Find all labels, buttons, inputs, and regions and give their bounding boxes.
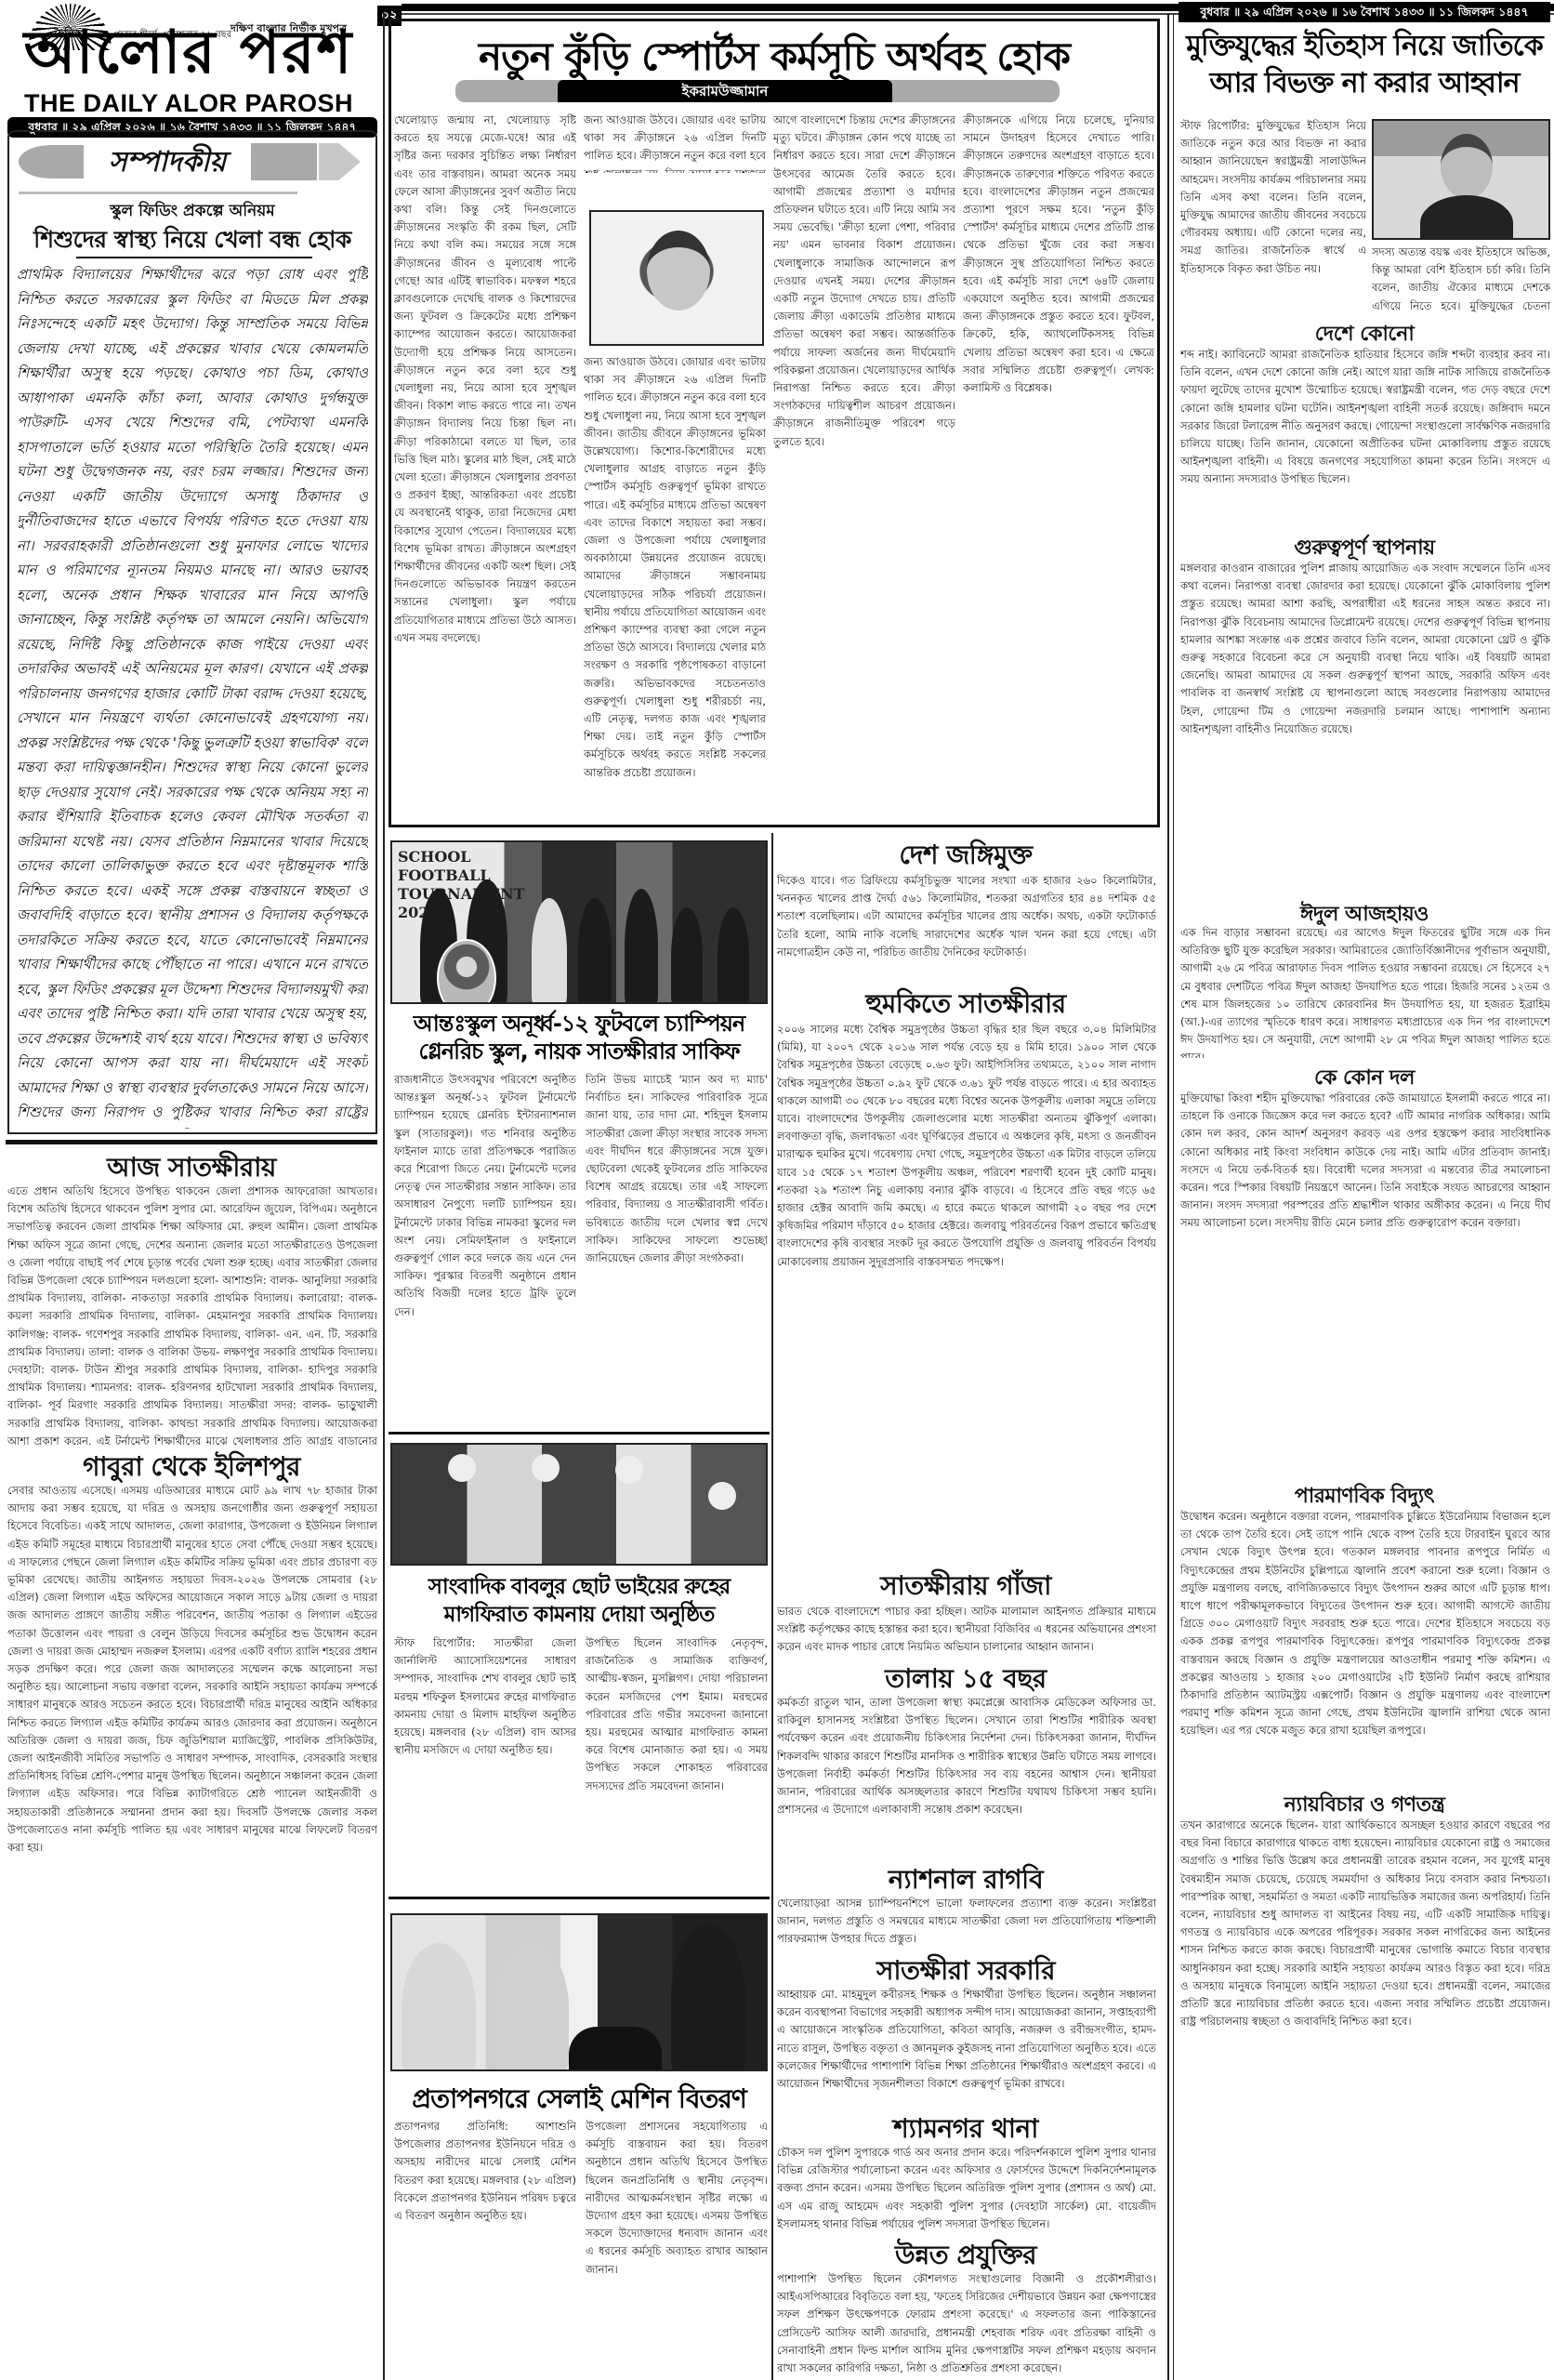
feature-col-2-top: জন্য আওয়াজ উঠবে। জোয়ার এবং ভাটায় থাকা… bbox=[584, 112, 766, 173]
column-rule bbox=[771, 833, 773, 2380]
section-divider bbox=[6, 1140, 377, 1144]
author-face bbox=[647, 231, 710, 311]
column-rule bbox=[1167, 13, 1169, 2380]
headline-underline bbox=[76, 257, 312, 258]
section-body: ভারত থেকে বাংলাদেশে পাচার করা হচ্ছিল। আট… bbox=[777, 1603, 1156, 1657]
minister-suit bbox=[1420, 195, 1513, 240]
person-figure bbox=[625, 889, 658, 1004]
doa-col-1: স্টাফ রিপোর্টার: সাতক্ষীরা জেলা জার্নালি… bbox=[394, 1634, 576, 1889]
section-body: পাশাপাশি উপস্থিত ছিলেন কৌশলগত সংস্থাগুলো… bbox=[777, 2270, 1156, 2378]
section-body: মঙ্গলবার কাওরান বাজারের পুলিশ প্লাজায় আ… bbox=[1180, 560, 1550, 896]
sewing-machine bbox=[569, 2027, 662, 2071]
feature-col-4: ক্রীড়াঙ্গনকে এগিয়ে নিয়ে চলেছে, দুনিয়… bbox=[963, 112, 1154, 822]
byline: ইকরামউজ্জামান bbox=[558, 80, 892, 102]
masthead-title-bn: আলোর পরশ bbox=[7, 20, 370, 86]
doa-col-2: উপস্থিত ছিলেন সাংবাদিক নেতৃবৃন্দ, রাজনৈত… bbox=[586, 1634, 768, 1889]
minister-face bbox=[1441, 134, 1493, 199]
editorial-headline: শিশুদের স্বাস্থ্য নিয়ে খেলা বন্ধ হোক bbox=[9, 221, 375, 261]
sewing-col-2: উপজেলা প্রশাসনের সহযোগিতায় এ কর্মসূচি ব… bbox=[586, 2118, 768, 2376]
column-rule bbox=[383, 13, 385, 2380]
section-body: শব্দ নাই। ক্যাবিনেটে আমরা রাজনৈতিক হাতিয… bbox=[1180, 346, 1550, 528]
lead-headline: মুক্তিযুদ্ধের ইতিহাস নিয়ে জাতিকে আর বিভ… bbox=[1177, 28, 1552, 102]
person-figure bbox=[671, 907, 703, 1004]
doa-photo bbox=[390, 1443, 768, 1566]
byline-bar: ইকরামউজ্জামান bbox=[455, 80, 1060, 102]
cap-figure bbox=[708, 1482, 736, 1510]
section-body: দিকেও যাবে। গত ব্রিফিংয়ে কর্মসূচিভুক্ত … bbox=[777, 872, 1156, 982]
person-figure bbox=[494, 1943, 569, 2071]
cap-figure bbox=[448, 1454, 476, 1482]
date-bar-right: বুধবার ॥ ২৯ এপ্রিল ২০২৬ ॥ ১৬ বৈশাখ ১৪৩৩ … bbox=[1179, 2, 1550, 22]
lead-body-top: স্টাফ রিপোর্টার: মুক্তিযুদ্ধের ইতিহাস নি… bbox=[1180, 117, 1366, 314]
section-body: সেবার আওতায় এসেছে। এসময় এডিআরের মাধ্যম… bbox=[7, 1482, 377, 2374]
minister-photo bbox=[1372, 119, 1550, 240]
editorial-banner: সম্পাদকীয় bbox=[19, 139, 370, 186]
person-figure bbox=[532, 898, 567, 1004]
section-body: খেলোয়াড়রা আসন্ন চ্যাম্পিয়নশিপে ভালো ফ… bbox=[777, 1895, 1156, 1949]
football-col-2: তিনি উভয় ম্যাচেই 'ম্যান অব দ্য ম্যাচ' ন… bbox=[586, 1071, 768, 1421]
cap-figure bbox=[532, 1454, 560, 1482]
person-figure bbox=[578, 898, 612, 1004]
sewing-col-1: প্রতাপনগর প্রতিনিধি: আশাশুনি উপজেলার প্র… bbox=[394, 2118, 576, 2376]
sewing-photo bbox=[390, 1913, 768, 2071]
editorial-label: সম্পাদকীয় bbox=[84, 139, 251, 186]
editorial-body: প্রাথমিক বিদ্যালয়ের শিক্ষার্থীদের ঝরে প… bbox=[17, 262, 368, 1129]
feature-col-3: আগে বাংলাদেশে চিন্তায় দেশের ক্রীড়াঙ্গন… bbox=[773, 112, 955, 822]
feature-col-1: খেলোয়াড় জন্মায় না, খেলোয়াড় সৃষ্টি ক… bbox=[394, 112, 576, 822]
feature-col-2-bottom: জন্য আওয়াজ উঠবে। জোয়ার এবং ভাটায় থাকা… bbox=[584, 353, 766, 822]
doa-headline: সাংবাদিক বাবলুর ছোট ভাইয়ের রুহের মাগফির… bbox=[390, 1573, 768, 1629]
section-body: আহ্বায়ক মো. মাহমুদুল কবীরসহ শিক্ষক ও শি… bbox=[777, 1986, 1156, 2107]
section-body: মুক্তিযোদ্ধা কিংবা শহীদ মুক্তিযোদ্ধা পরি… bbox=[1180, 1090, 1550, 1478]
section-body: চৌকস দল পুলিশ সুপারকে গার্ড অব অনার প্রদ… bbox=[777, 2144, 1156, 2233]
section-divider bbox=[388, 1432, 770, 1435]
section-body: তখন কারাগারে অনেকে ছিলেন- যারা আর্থিকভাব… bbox=[1180, 1817, 1550, 2376]
masthead-title-en: THE DAILY ALOR PAROSH bbox=[7, 89, 370, 118]
cap-figure bbox=[615, 1456, 643, 1484]
person-figure bbox=[671, 1924, 745, 2071]
column-rule-thin bbox=[1173, 13, 1174, 2380]
pen-nib-icon bbox=[251, 143, 361, 180]
pen-icon-left bbox=[19, 145, 84, 178]
football-headline: আন্তঃস্কুল অনূর্ধ্ব-১২ ফুটবলে চ্যাম্পিয়… bbox=[390, 1010, 768, 1065]
section-body: উদ্বোধন করেন। অনুষ্ঠানে বক্তারা বলেন, পা… bbox=[1180, 1508, 1550, 1787]
section-body: এক দিন বাড়ার সম্ভাবনা রয়েছে। এর আগেও ঈ… bbox=[1180, 924, 1550, 1058]
editorial-box: সম্পাদকীয় স্কুল ফিডিং প্রকল্পে অনিয়ম শ… bbox=[7, 130, 377, 1134]
football-photo: SCHOOL FOOTBALL TOURNAMENT 2026 bbox=[390, 840, 768, 1004]
section-body: কর্মকর্তা রাতুল খান, তালা উপজেলা স্বাস্থ… bbox=[777, 1694, 1156, 1858]
person-figure bbox=[718, 907, 749, 1004]
person-figure bbox=[402, 1943, 476, 2071]
sewing-headline: প্রতাপনগরে সেলাই মেশিন বিতরণ bbox=[390, 2079, 768, 2122]
section-body: এতে প্রধান অতিথি হিসেবে উপস্থিত থাকবেন জ… bbox=[7, 1183, 377, 1445]
football-col-1: রাজধানীতে উৎসবমুখর পরিবেশে অনুষ্ঠিত আন্ত… bbox=[394, 1071, 576, 1421]
section-divider bbox=[388, 1897, 770, 1899]
lead-body-right: সদস্য অত্যন্ত বয়স্ক এবং ইতিহাসে অভিজ্ঞ,… bbox=[1372, 244, 1550, 316]
section-body: ২০০৬ সালের মধ্যে বৈশ্বিক সমুদ্রপৃষ্ঠের উ… bbox=[777, 1021, 1156, 1562]
author-photo bbox=[589, 210, 764, 346]
divider bbox=[19, 192, 297, 194]
